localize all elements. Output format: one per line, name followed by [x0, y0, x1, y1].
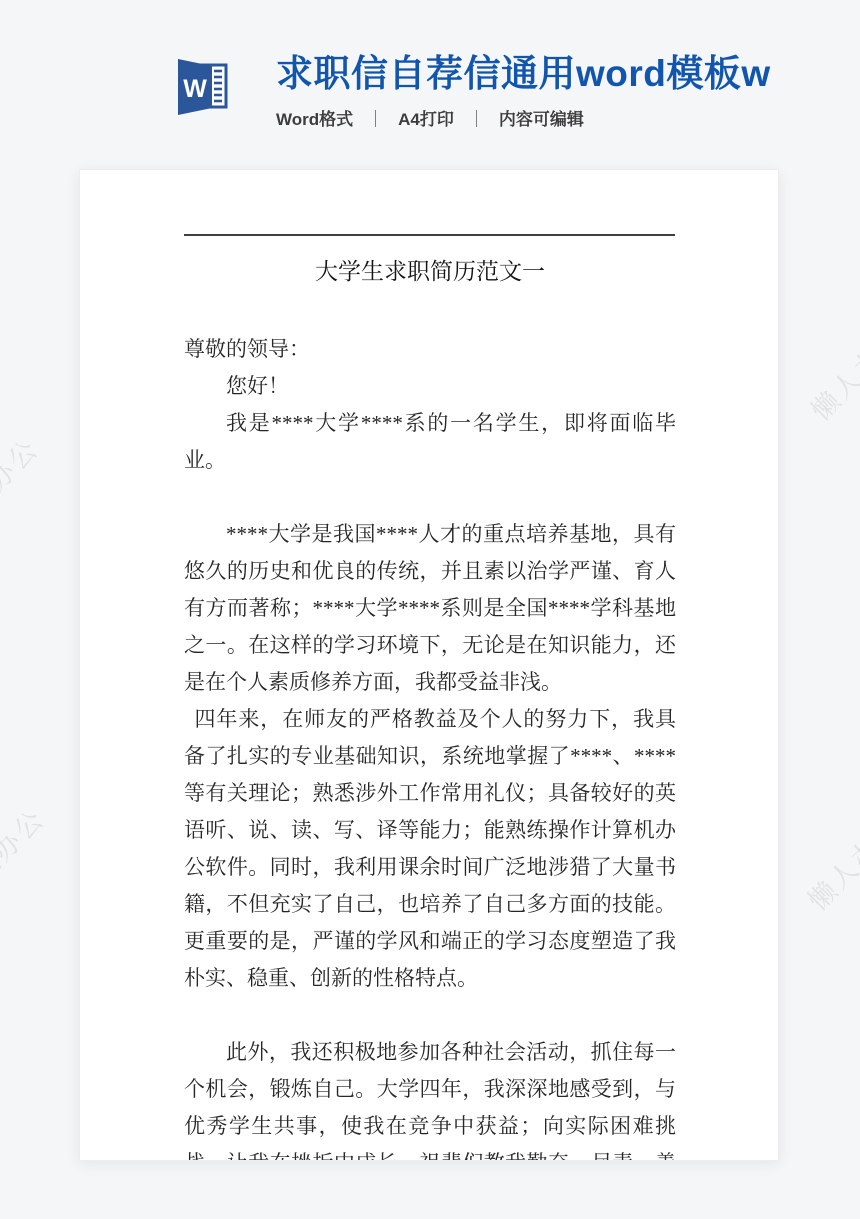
paragraph-salutation: 尊敬的领导：: [184, 331, 676, 368]
paragraph-university: ****大学是我国****人才的重点培养基地，具有悠久的历史和优良的传统，并且素…: [184, 516, 676, 701]
template-title: 求职信自荐信通用word模板w: [276, 52, 716, 96]
paragraph-activities: 此外，我还积极地参加各种社会活动，抓住每一个机会，锻炼自己。大学四年，我深深地感…: [184, 1034, 676, 1161]
word-icon-letter: W: [183, 75, 207, 103]
paragraph-intro: 我是****大学****系的一名学生，即将面临毕业。: [184, 405, 676, 479]
watermark-text: 懒人办公: [0, 428, 46, 540]
page-background: 懒人办公 懒人办公 懒人办公 懒人办公 懒人办公 懒人办公 懒人办公 W: [0, 0, 860, 1219]
header-text: 求职信自荐信通用word模板w Word格式 ｜ A4打印 ｜ 内容可编辑: [276, 52, 716, 130]
paragraph-skills: 四年来，在师友的严格教益及个人的努力下，我具备了扎实的专业基础知识，系统地掌握了…: [184, 701, 676, 997]
document-page: 大学生求职简历范文一 尊敬的领导： 您好！ 我是****大学****系的一名学生…: [79, 169, 779, 1161]
watermark-text: 懒人办公: [801, 315, 860, 427]
badge-editable: 内容可编辑: [499, 105, 584, 130]
word-file-icon: W: [171, 56, 233, 118]
badge-separator: ｜: [367, 105, 384, 130]
document-title: 大学生求职简历范文一: [184, 256, 676, 288]
document-body: 尊敬的领导： 您好！ 我是****大学****系的一名学生，即将面临毕业。 **…: [184, 331, 676, 1161]
watermark-text: 懒人办公: [0, 798, 52, 910]
badge-separator: ｜: [468, 105, 485, 130]
badge-a4-print: A4打印: [398, 105, 454, 130]
format-badges: Word格式 ｜ A4打印 ｜ 内容可编辑: [276, 105, 716, 130]
header-rule: [184, 234, 675, 236]
badge-word-format: Word格式: [276, 105, 353, 130]
word-file-icon-graphic: W: [171, 56, 233, 118]
paragraph-greeting: 您好！: [184, 368, 676, 405]
watermark-text: 懒人办公: [798, 805, 860, 917]
